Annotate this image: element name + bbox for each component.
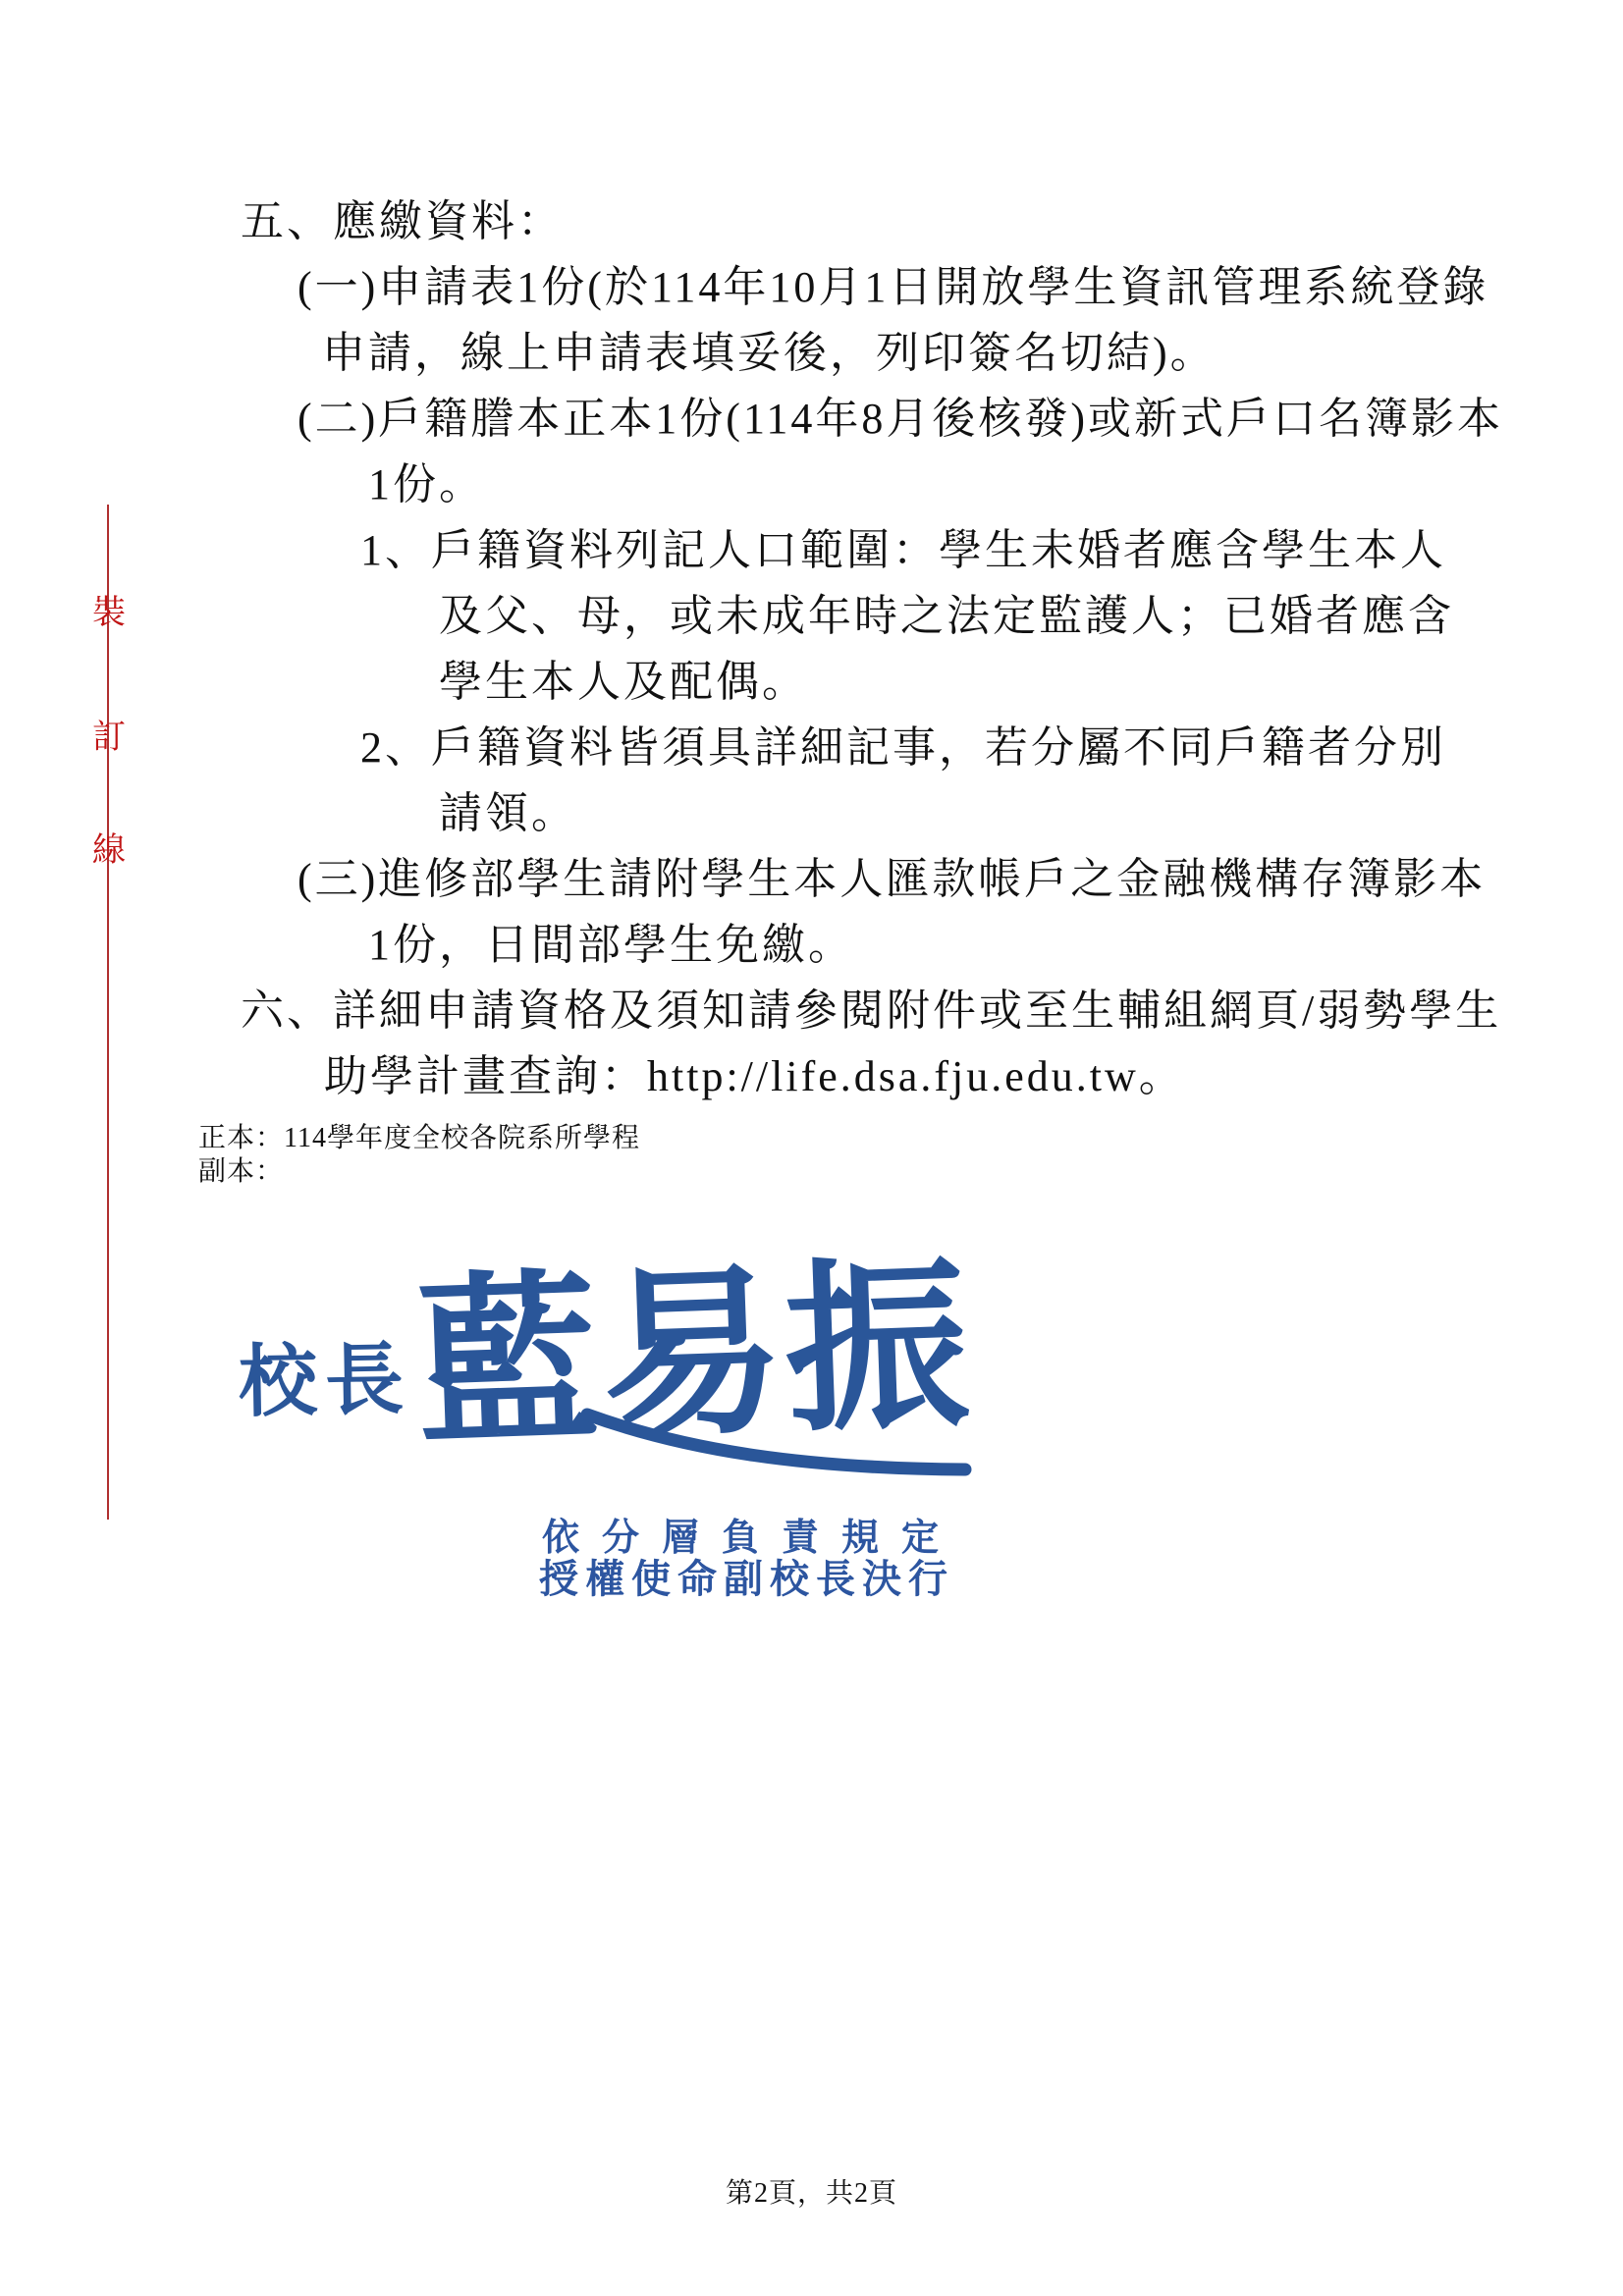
page-footer: 第2頁，共2頁 (0, 2171, 1623, 2211)
distribution-block: 正本：114學年度全校各院系所學程 副本： (198, 1122, 640, 1189)
distribution-original: 正本：114學年度全校各院系所學程 (198, 1122, 640, 1155)
body-line: 2、戶籍資料皆須具詳細記事，若分屬不同戶籍者分別 (360, 715, 1623, 780)
president-signature: 藍易振 (413, 1249, 974, 1465)
body-line: 申請，線上申請表填妥後，列印簽名切結)。 (322, 320, 1623, 386)
delegation-stamp-line2: 授權使命副校長決行 (539, 1559, 954, 1600)
body-line: 1份。 (368, 452, 1623, 517)
president-title: 校長 (238, 1331, 412, 1432)
body-line: 及父、母，或未成年時之法定監護人；已婚者應含 (439, 583, 1623, 649)
body-line: 學生本人及配偶。 (439, 649, 1623, 715)
distribution-copy: 副本： (198, 1155, 640, 1189)
body-line: 1、戶籍資料列記人口範圍：學生未婚者應含學生本人 (360, 517, 1623, 583)
document-body: 五、應繳資料： (一)申請表1份(於114年10月1日開放學生資訊管理系統登錄 … (0, 188, 1623, 1109)
body-line: 助學計畫查詢：http://life.dsa.fju.edu.tw。 (324, 1043, 1623, 1109)
body-line: 1份，日間部學生免繳。 (368, 912, 1623, 978)
body-line: (三)進修部學生請附學生本人匯款帳戶之金融機構存簿影本 (298, 846, 1623, 912)
body-line: (二)戶籍謄本正本1份(114年8月後核發)或新式戶口名簿影本 (298, 386, 1623, 452)
body-line: (一)申請表1份(於114年10月1日開放學生資訊管理系統登錄 (298, 254, 1623, 320)
body-line: 六、詳細申請資格及須知請參閱附件或至生輔組網頁/弱勢學生 (241, 978, 1623, 1043)
delegation-stamp-line1: 依分層負責規定 (542, 1519, 961, 1558)
body-line: 請領。 (439, 780, 1623, 846)
body-line: 五、應繳資料： (241, 188, 1623, 254)
scanned-document-page: 裝 訂 線 五、應繳資料： (一)申請表1份(於114年10月1日開放學生資訊管… (0, 0, 1623, 2296)
